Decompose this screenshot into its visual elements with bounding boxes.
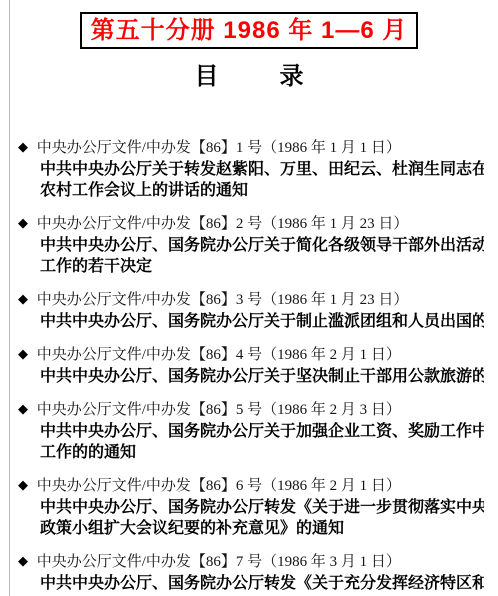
entry-source-line: 中央办公厅文件/中办发【86】4 号（1986 年 2 月 1 日） [37, 347, 401, 363]
entry-title-line: 中共中央办公厅、国务院办公厅关于简化各级领导干部外出活动接待 [40, 235, 484, 256]
entry-header: ◆ 中央办公厅文件/中办发【86】3 号（1986 年 1 月 23 日） [18, 289, 484, 311]
entry-title-line: 中共中央办公厅、国务院办公厅关于坚决制止干部用公款旅游的通知 [40, 366, 484, 387]
toc-entry: ◆ 中央办公厅文件/中办发【86】6 号（1986 年 2 月 1 日） 中共中… [18, 475, 484, 539]
entry-title: 中共中央办公厅、国务院办公厅转发《关于进一步贯彻落实中央落实政策小组扩大会议纪要… [18, 497, 484, 539]
entry-title: 中共中央办公厅关于转发赵紫阳、万里、田纪云、杜润生同志在中央农村工作会议上的讲话… [18, 159, 484, 201]
toc-entry: ◆ 中央办公厅文件/中办发【86】7 号（1986 年 3 月 1 日） 中共中… [18, 551, 484, 594]
entry-source-line: 中央办公厅文件/中办发【86】6 号（1986 年 2 月 1 日） [37, 478, 401, 494]
entry-title: 中共中央办公厅、国务院办公厅关于制止滥派团组和人员出国的通知 [18, 311, 484, 332]
diamond-bullet-icon: ◆ [18, 399, 28, 419]
toc-entry: ◆ 中央办公厅文件/中办发【86】1 号（1986 年 1 月 1 日） 中共中… [18, 137, 484, 201]
toc-entries: ◆ 中央办公厅文件/中办发【86】1 号（1986 年 1 月 1 日） 中共中… [0, 137, 498, 594]
toc-entry: ◆ 中央办公厅文件/中办发【86】4 号（1986 年 2 月 1 日） 中共中… [18, 344, 484, 387]
entry-header: ◆ 中央办公厅文件/中办发【86】4 号（1986 年 2 月 1 日） [18, 344, 484, 366]
entry-title: 中共中央办公厅、国务院办公厅转发《关于充分发挥经济特区和沿海 [18, 573, 484, 594]
diamond-bullet-icon: ◆ [18, 289, 28, 309]
volume-banner-row: 第五十分册 1986 年 1—6 月 [0, 0, 498, 49]
entry-source-line: 中央办公厅文件/中办发【86】2 号（1986 年 1 月 23 日） [37, 216, 409, 232]
entry-title: 中共中央办公厅、国务院办公厅关于坚决制止干部用公款旅游的通知 [18, 366, 484, 387]
entry-title-line: 中共中央办公厅、国务院办公厅转发《关于充分发挥经济特区和沿海 [40, 573, 484, 594]
entry-header: ◆ 中央办公厅文件/中办发【86】5 号（1986 年 2 月 3 日） [18, 399, 484, 421]
diamond-bullet-icon: ◆ [18, 475, 28, 495]
diamond-bullet-icon: ◆ [18, 551, 28, 571]
toc-entry: ◆ 中央办公厅文件/中办发【86】3 号（1986 年 1 月 23 日） 中共… [18, 289, 484, 332]
diamond-bullet-icon: ◆ [18, 344, 28, 364]
diamond-bullet-icon: ◆ [18, 137, 28, 157]
volume-banner: 第五十分册 1986 年 1—6 月 [80, 12, 419, 49]
entry-header: ◆ 中央办公厅文件/中办发【86】2 号（1986 年 1 月 23 日） [18, 213, 484, 235]
diamond-bullet-icon: ◆ [18, 213, 28, 233]
entry-title-line: 政策小组扩大会议纪要的补充意见》的通知 [40, 518, 484, 539]
entry-title-line: 中共中央办公厅、国务院办公厅转发《关于进一步贯彻落实中央落实 [40, 497, 484, 518]
entry-header: ◆ 中央办公厅文件/中办发【86】6 号（1986 年 2 月 1 日） [18, 475, 484, 497]
entry-source-line: 中央办公厅文件/中办发【86】1 号（1986 年 1 月 1 日） [37, 140, 401, 156]
toc-entry: ◆ 中央办公厅文件/中办发【86】5 号（1986 年 2 月 3 日） 中共中… [18, 399, 484, 463]
entry-title-line: 中共中央办公厅、国务院办公厅关于制止滥派团组和人员出国的通知 [40, 311, 484, 332]
toc-heading: 目 录 [0, 63, 498, 91]
entry-title: 中共中央办公厅、国务院办公厅关于简化各级领导干部外出活动接待工作的若干决定 [18, 235, 484, 277]
volume-banner-text: 第五十分册 1986 年 1—6 月 [91, 17, 408, 44]
entry-source-line: 中央办公厅文件/中办发【86】7 号（1986 年 3 月 1 日） [37, 554, 401, 570]
entry-title-line: 农村工作会议上的讲话的通知 [40, 180, 484, 201]
entry-source-line: 中央办公厅文件/中办发【86】3 号（1986 年 1 月 23 日） [37, 292, 409, 308]
entry-title-line: 中共中央办公厅关于转发赵紫阳、万里、田纪云、杜润生同志在中央 [40, 159, 484, 180]
entry-title-line: 工作的的通知 [40, 442, 484, 463]
entry-title-line: 工作的若干决定 [40, 256, 484, 277]
toc-heading-char-left: 目 [195, 64, 219, 90]
toc-entry: ◆ 中央办公厅文件/中办发【86】2 号（1986 年 1 月 23 日） 中共… [18, 213, 484, 277]
scan-edge-line [9, 0, 10, 596]
toc-page: 第五十分册 1986 年 1—6 月 目 录 ◆ 中央办公厅文件/中办发【86】… [0, 0, 498, 596]
entry-header: ◆ 中央办公厅文件/中办发【86】1 号（1986 年 1 月 1 日） [18, 137, 484, 159]
toc-heading-char-right: 录 [280, 64, 304, 90]
entry-source-line: 中央办公厅文件/中办发【86】5 号（1986 年 2 月 3 日） [37, 402, 401, 418]
entry-title-line: 中共中央办公厅、国务院办公厅关于加强企业工资、奖励工作中思想政治 [40, 421, 484, 442]
entry-title: 中共中央办公厅、国务院办公厅关于加强企业工资、奖励工作中思想政治工作的的通知 [18, 421, 484, 463]
entry-header: ◆ 中央办公厅文件/中办发【86】7 号（1986 年 3 月 1 日） [18, 551, 484, 573]
